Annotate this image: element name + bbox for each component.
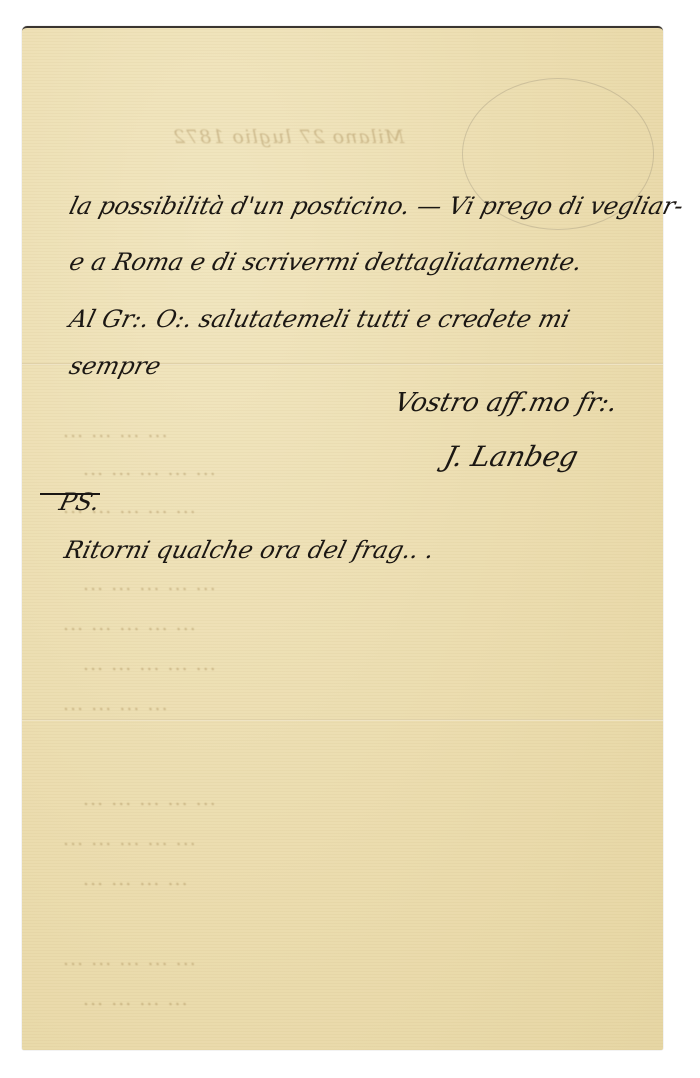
bleed-through-line: ... ... ... ... ... — [62, 613, 196, 635]
bleed-through-line: ... ... ... ... — [62, 693, 168, 715]
bleed-through-line: ... ... ... ... ... — [62, 948, 196, 970]
bleed-through-line: ... ... ... ... ... — [82, 573, 216, 595]
letter-line-2: e a Roma e di scrivermi dettagliatamente… — [67, 248, 586, 276]
postscript-underline — [40, 493, 100, 495]
bleed-through-line: ... ... ... ... — [62, 420, 168, 442]
signature: J. Lanbeg — [441, 440, 582, 473]
bleed-through-line: ... ... ... ... — [82, 868, 188, 890]
bleed-through-line: ... ... ... ... ... — [82, 653, 216, 675]
letter-line-4: sempre — [67, 352, 164, 380]
bleed-through-header: Milano 27 luglio 1872 — [172, 126, 404, 148]
bleed-through-line: ... ... ... ... ... — [82, 788, 216, 810]
bleed-through-line: ... ... ... ... — [82, 988, 188, 1010]
letter-closing: Vostro aff.mo fr:. — [391, 388, 620, 418]
fold-crease-lower — [22, 719, 663, 721]
postscript-text: Ritorni qualche ora del frag.. . — [62, 536, 438, 564]
bleed-through-line: ... ... ... ... ... — [62, 828, 196, 850]
letter-line-1: la possibilità d'un posticino. — Vi preg… — [67, 192, 687, 220]
letter-line-3: Al Gr:. O:. salutatemeli tutti e credete… — [67, 305, 573, 333]
bleed-through-line: ... ... ... ... ... — [82, 458, 216, 480]
